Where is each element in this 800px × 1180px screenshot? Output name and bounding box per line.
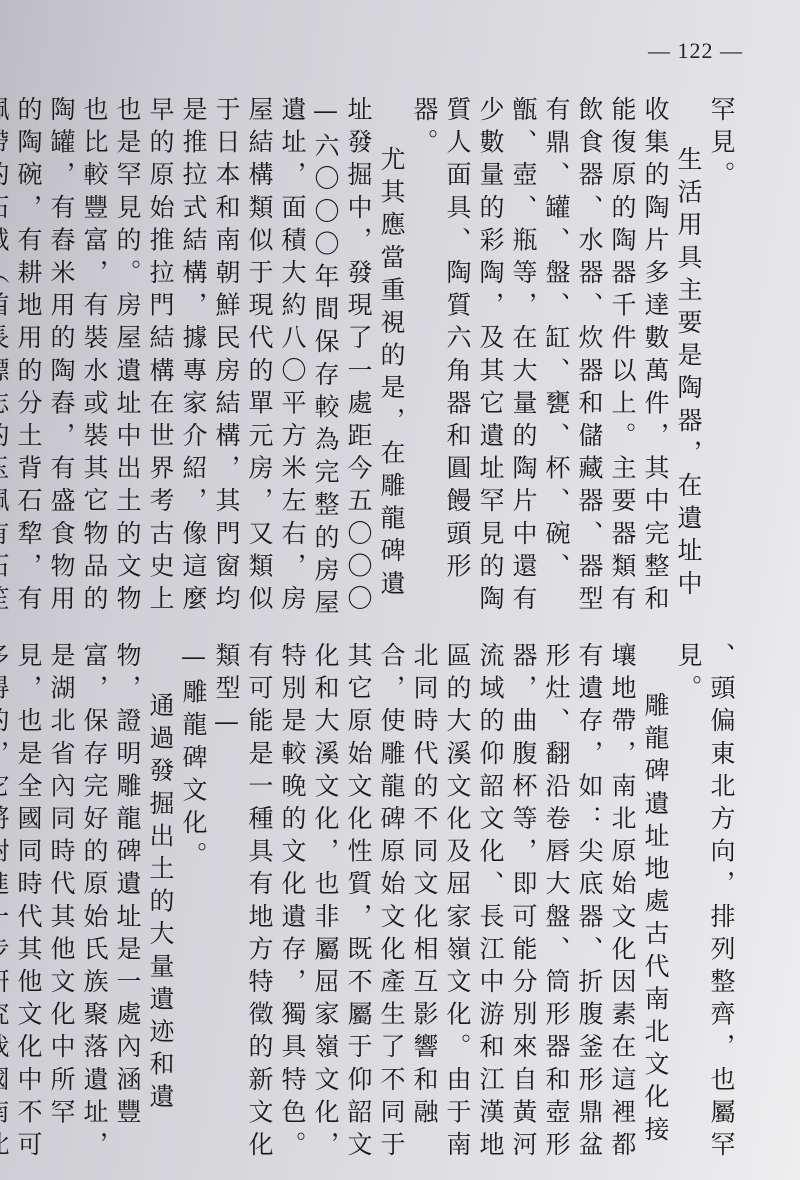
upper-text-block: 罕見。 生活用具主要是陶器，在遺址中收集的陶片多達數萬件，其中完整和能復原的陶器…: [0, 96, 738, 626]
paragraph-conclusion: 通過發掘出土的大量遺迹和遺物，證明雕龍碑遺址是一處內涵豐富，保存完好的原始氏族聚…: [0, 642, 177, 1167]
paragraph-continuation: 罕見。: [705, 96, 738, 626]
paragraph-house-site: 尤其應當重視的是，在雕龍碑遺址發掘中，發現了一處距今五〇〇〇—六〇〇〇年間保存較…: [0, 96, 408, 626]
paragraph-culture-mix: 雕龍碑遺址地處古代南北文化接壤地帶，南北原始文化因素在這裡都有遺存，如：尖底器、…: [210, 642, 672, 1167]
lower-text-block: 、頭偏東北方向，排列整齊，也屬罕見。 雕龍碑遺址地處古代南北文化接壤地帶，南北原…: [0, 642, 738, 1167]
paragraph-burial-continuation: 、頭偏東北方向，排列整齊，也屬罕見。: [672, 642, 738, 1167]
page-number: — 122 —: [648, 38, 743, 64]
paragraph-culture-name: —雕龍碑文化。: [177, 642, 210, 1167]
paragraph-pottery: 生活用具主要是陶器，在遺址中收集的陶片多達數萬件，其中完整和能復原的陶器千件以上…: [408, 96, 705, 626]
